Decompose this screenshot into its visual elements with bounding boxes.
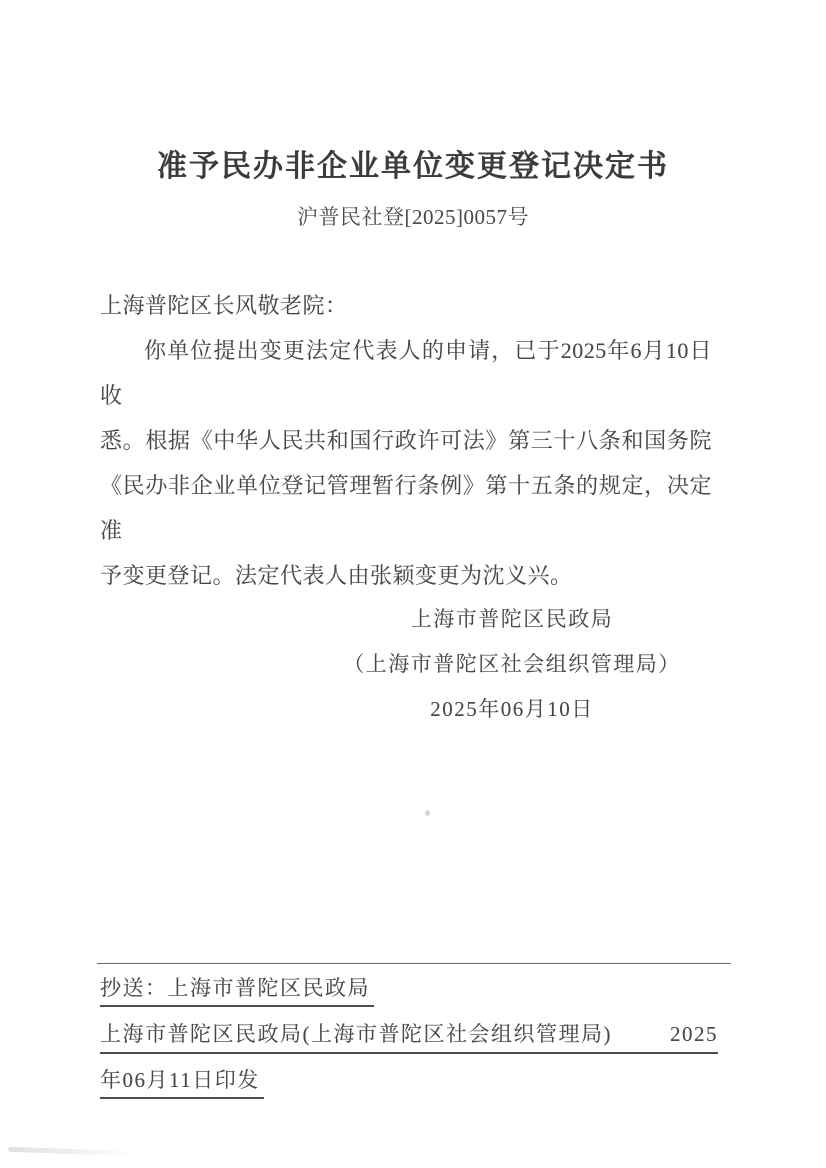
footer-separator-line [97, 963, 731, 964]
footer-issuer-text: 上海市普陀区民政局(上海市普陀区社会组织管理局) [100, 1018, 612, 1048]
scanned-document-page: 准予民办非企业单位变更登记决定书 沪普民社登[2025]0057号 上海普陀区长… [0, 0, 826, 1168]
body-line: 悉。根据《中华人民共和国行政许可法》第三十八条和国务院 [100, 418, 712, 463]
scan-artifact-streak [8, 1147, 138, 1157]
footer-issue-year: 2025 [670, 1022, 718, 1047]
document-body: 上海普陀区长风敬老院： 你单位提出变更法定代表人的申请，已于2025年6月10日… [100, 283, 712, 598]
body-line: 予变更登记。法定代表人由张颖变更为沈义兴。 [100, 553, 712, 598]
signature-date: 2025年06月10日 [280, 687, 744, 732]
signature-org: 上海市普陀区民政局 [280, 597, 744, 642]
signature-org-alias: （上海市普陀区社会组织管理局） [280, 642, 744, 687]
footer-print-date-line: 年06月11日印发 [100, 1064, 264, 1099]
salutation: 上海普陀区长风敬老院： [100, 283, 712, 328]
footer-issuer-line: 上海市普陀区民政局(上海市普陀区社会组织管理局) 2025 [100, 1018, 718, 1054]
document-title: 准予民办非企业单位变更登记决定书 [0, 141, 826, 185]
scan-artifact-dot [425, 810, 430, 816]
signature-block: 上海市普陀区民政局 （上海市普陀区社会组织管理局） 2025年06月10日 [280, 597, 744, 732]
document-number: 沪普民社登[2025]0057号 [0, 201, 826, 231]
body-line: 《民办非企业单位登记管理暂行条例》第十五条的规定，决定准 [100, 463, 712, 553]
body-line: 你单位提出变更法定代表人的申请，已于2025年6月10日收 [100, 328, 712, 418]
footer-cc-line: 抄送：上海市普陀区民政局 [100, 972, 374, 1007]
